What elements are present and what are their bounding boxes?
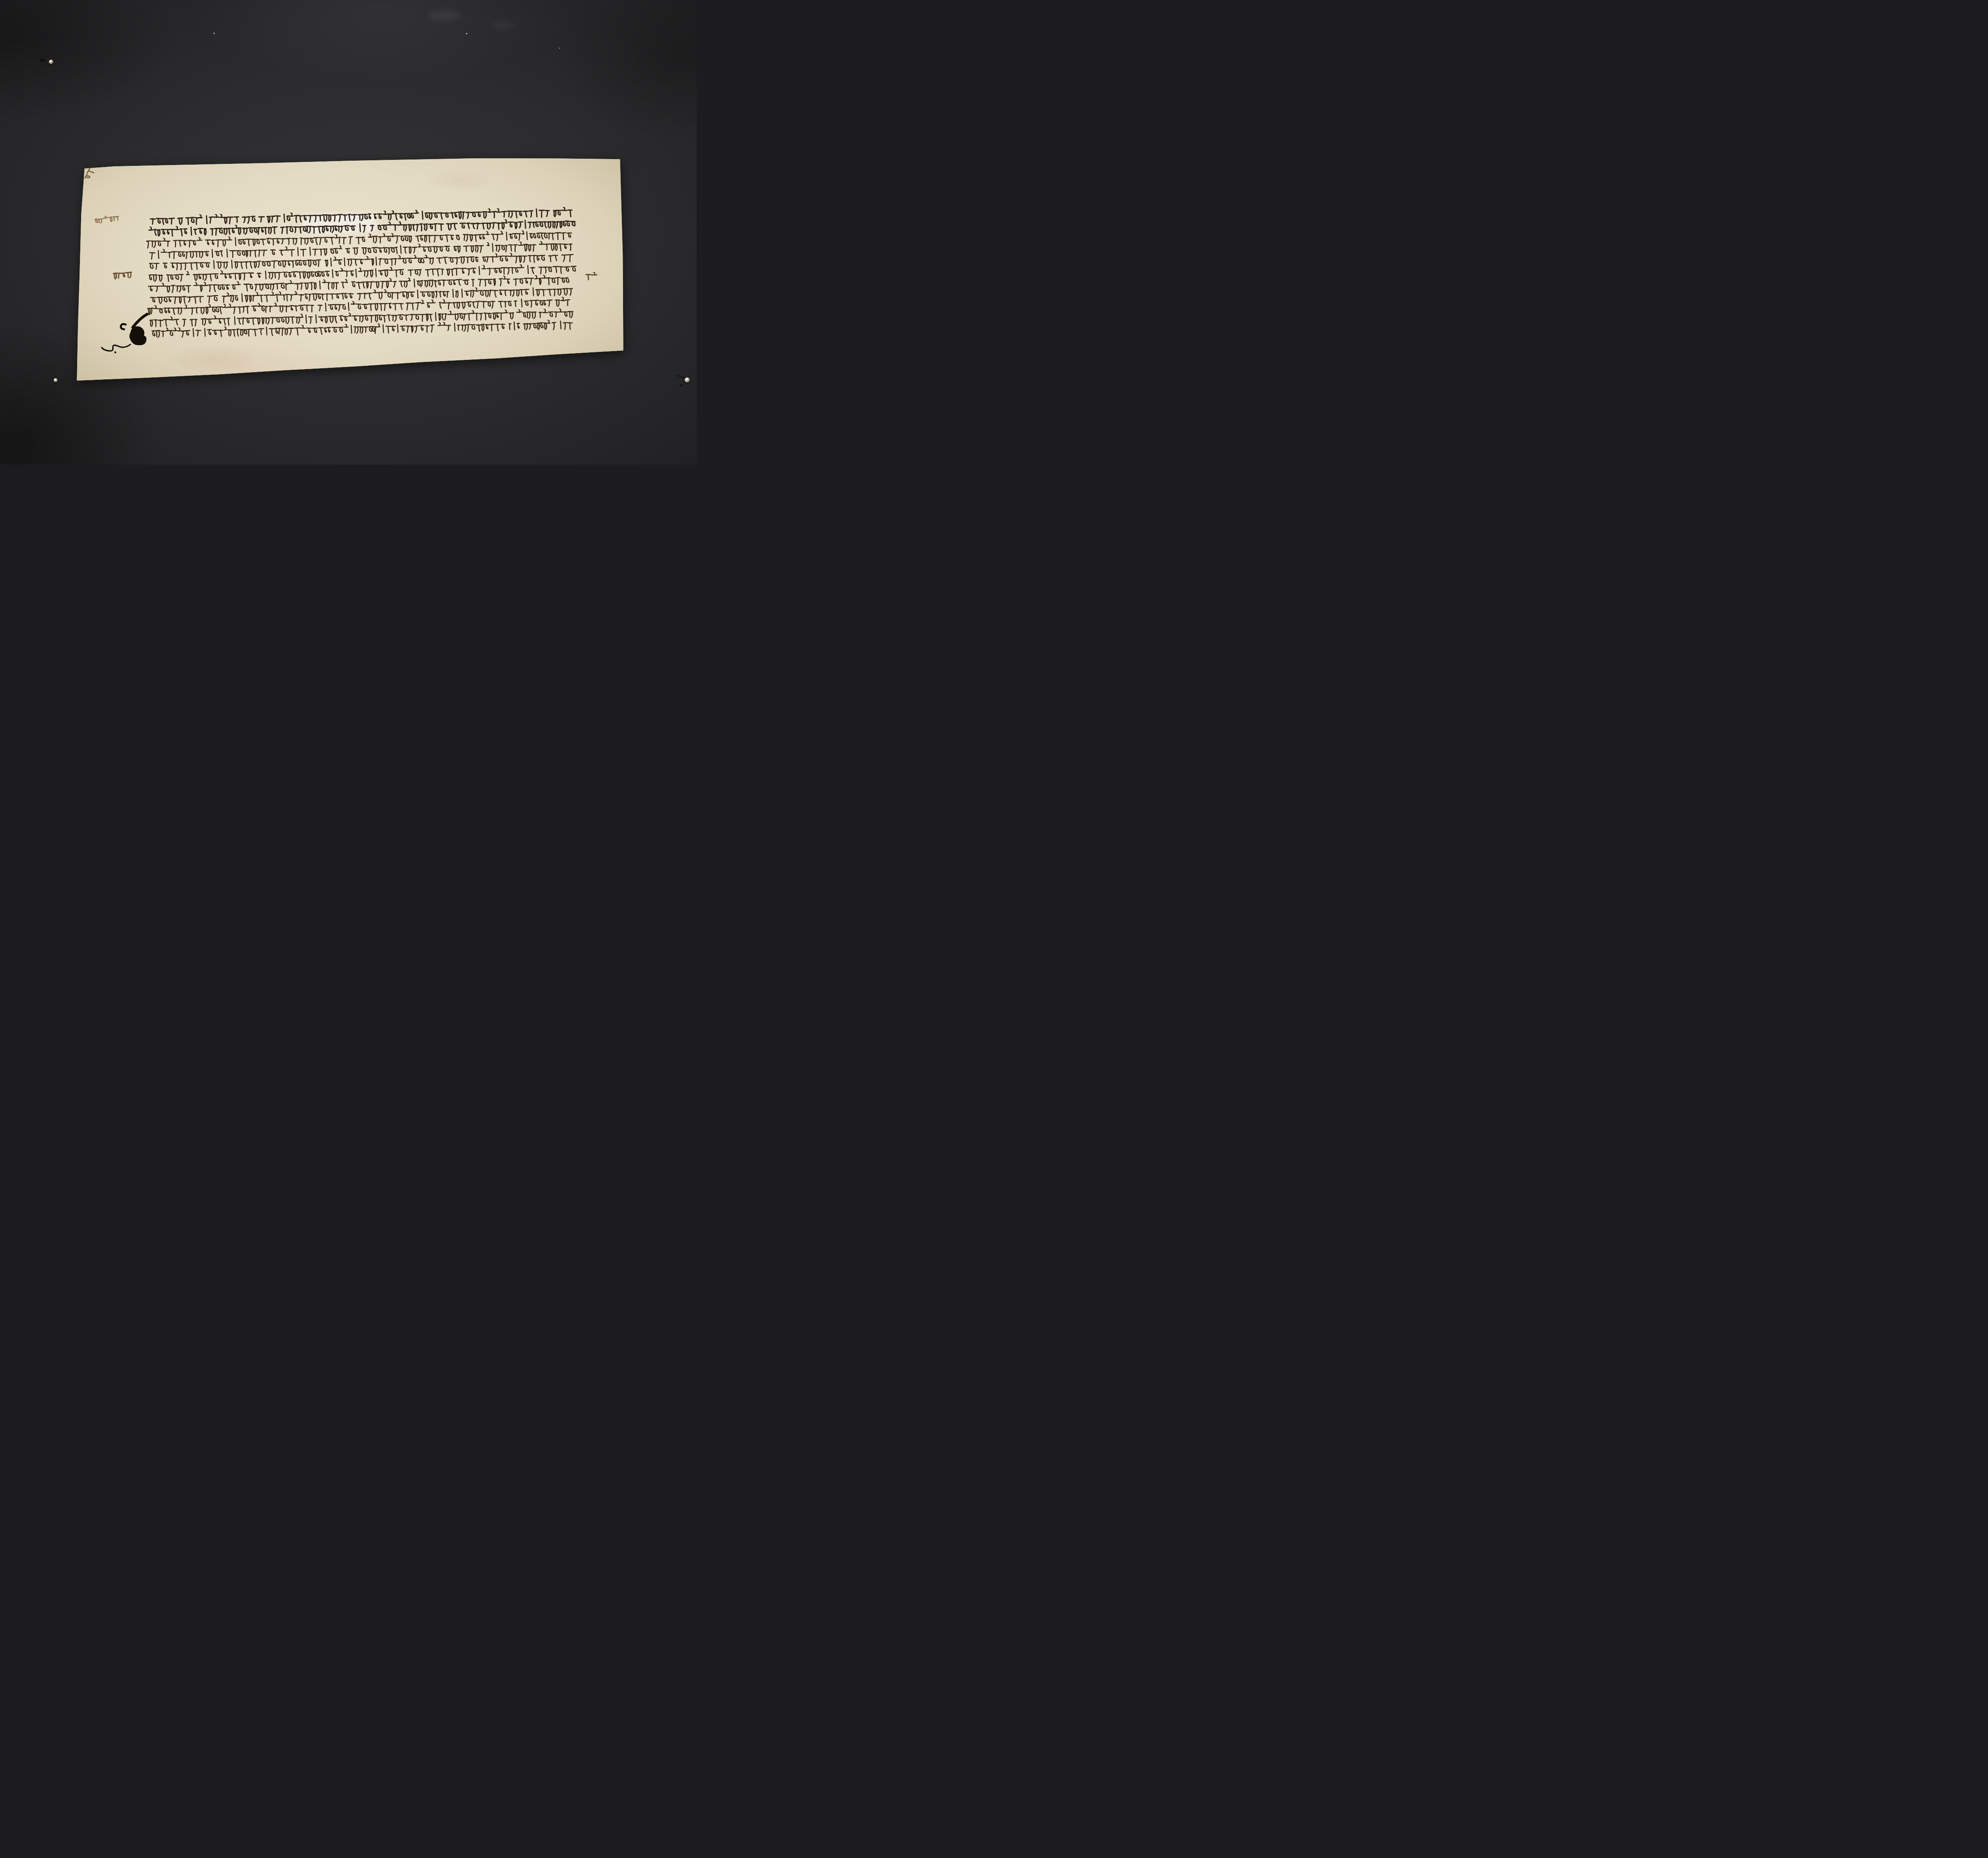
manuscript-photo: ২.৬ অযোধ্যা ১০৭ ২৪৪ যত্নবান্ জীবিতাকাঙ্ক… (0, 0, 697, 464)
paper-shadow-wrap: ২.৬ অযোধ্যা ১০৭ ২৪৪ যত্নবান্ জীবিতাকাঙ্ক… (0, 0, 697, 464)
manuscript-page: ২.৬ অযোধ্যা ১০৭ ২৪৪ যত্নবান্ জীবিতাকাঙ্ক… (76, 158, 624, 381)
ink-blot (92, 309, 196, 357)
